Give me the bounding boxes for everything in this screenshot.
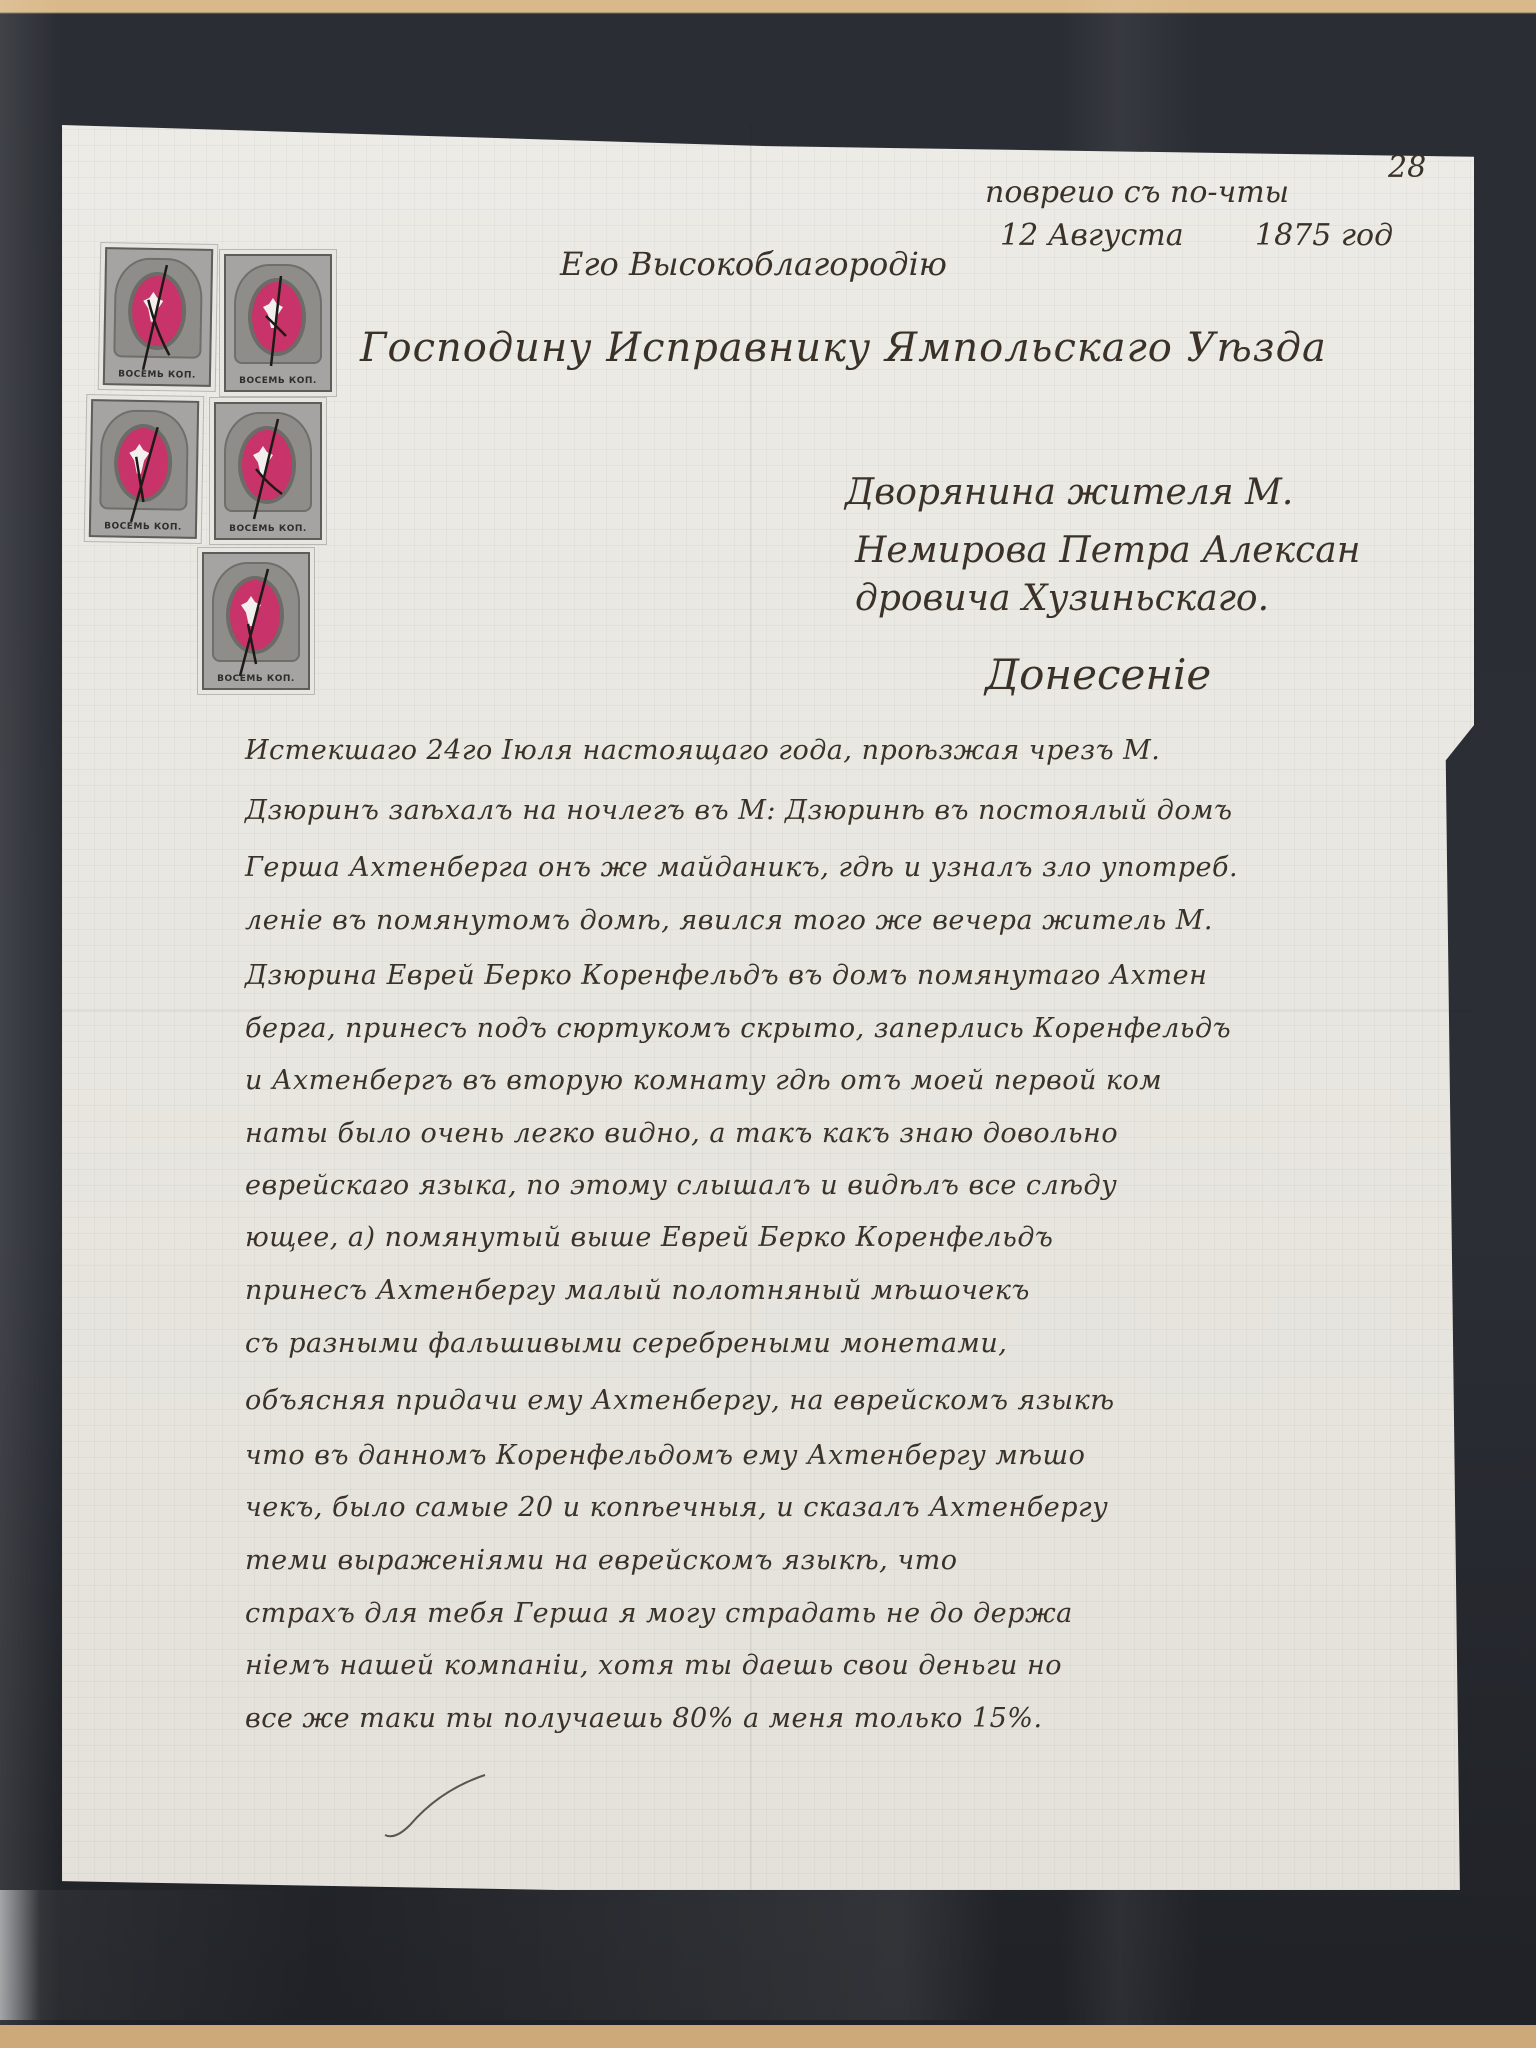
body-line: объясняя придачи ему Ахтенбергу, на евре… (245, 1385, 1455, 1416)
stamp-denomination: ВОСЕМЬ КОП. (91, 521, 195, 533)
frame-glare (0, 1890, 1536, 2020)
body-line: еврейскаго языка, по этому слышалъ и вид… (245, 1170, 1455, 1201)
body-line: что въ данномъ Коренфельдомъ ему Ахтенбе… (245, 1440, 1455, 1471)
body-line: леніе въ помянутомъ домѣ, явился того же… (245, 905, 1455, 936)
body-line: и Ахтенбергъ въ вторую комнату гдѣ отъ м… (245, 1065, 1455, 1096)
sender-line-2: Немирова Петра Алексан (855, 530, 1360, 571)
body-line: берга, принесъ подъ сюртукомъ скрыто, за… (245, 1013, 1455, 1044)
pen-cancel-mark-icon (121, 412, 163, 528)
pen-cancel-mark-icon (256, 266, 296, 381)
body-line: страхъ для тебя Герша я могу страдать не… (245, 1598, 1455, 1629)
received-date: 12 Августа (1000, 218, 1184, 253)
body-line: Дзюрина Еврей Берко Коренфельдъ въ домъ … (245, 960, 1455, 991)
stamp: ВОСЕМЬ КОП. (214, 402, 322, 540)
received-note: повреио съ по-чты (985, 175, 1289, 210)
body-line: принесъ Ахтенбергу малый полотняный мѣшо… (245, 1275, 1455, 1306)
body-line: наты было очень легко видно, а такъ какъ… (245, 1118, 1455, 1149)
postage-stamps: ВОСЕМЬ КОП. ВОСЕМЬ КОП. ВОСЕМЬ КОП. ВОСЕ… (86, 240, 336, 700)
body-line: съ разными фальшивыми серебреными монета… (245, 1328, 1455, 1359)
stamp-denomination: ВОСЕМЬ КОП. (204, 674, 308, 684)
body-line: Истекшаго 24го Іюля настоящаго года, про… (245, 735, 1455, 766)
signature-flourish-icon (380, 1770, 490, 1840)
stamp-denomination: ВОСЕМЬ КОП. (216, 524, 320, 534)
stamp: ВОСЕМЬ КОП. (103, 247, 213, 387)
stamp: ВОСЕМЬ КОП. (89, 399, 199, 539)
received-year: 1875 год (1255, 218, 1393, 253)
stamp-denomination: ВОСЕМЬ КОП. (226, 376, 330, 386)
page-number: 28 (1388, 150, 1426, 185)
sender-line-3: дровича Хузиньскаго. (855, 578, 1269, 619)
pen-cancel-mark-icon (135, 260, 177, 376)
stamp: ВОСЕМЬ КОП. (224, 254, 332, 392)
body-line: теми выраженіями на еврейскомъ языкѣ, чт… (245, 1545, 1455, 1576)
body-line: Герша Ахтенберга онъ же майданикъ, гдѣ и… (245, 852, 1455, 883)
pen-cancel-mark-icon (246, 414, 286, 529)
sender-line-1: Дворянина жителя М. (845, 472, 1293, 513)
salutation-addressee: Господину Исправнику Ямпольскаго Уѣзда (360, 325, 1327, 371)
document-title: Донесеніе (985, 650, 1211, 699)
stamp-denomination: ВОСЕМЬ КОП. (105, 369, 209, 381)
paper-fold-horizontal (62, 1010, 1474, 1012)
salutation-honorific: Его Высокоблагородію (560, 245, 947, 283)
body-line: все же таки ты получаешь 80% а меня толь… (245, 1703, 1455, 1734)
stamp: ВОСЕМЬ КОП. (202, 552, 310, 690)
body-line: чекъ, было самые 20 и копѣечныя, и сказа… (245, 1492, 1455, 1523)
frame-edge (0, 2025, 1536, 2048)
body-line: ющее, а) помянутый выше Еврей Берко Коре… (245, 1222, 1455, 1253)
body-line: ніемъ нашей компаніи, хотя ты даешь свои… (245, 1650, 1455, 1681)
pen-cancel-mark-icon (234, 564, 274, 679)
body-line: Дзюринъ заѣхалъ на ночлегъ въ М: Дзюринѣ… (245, 795, 1455, 826)
